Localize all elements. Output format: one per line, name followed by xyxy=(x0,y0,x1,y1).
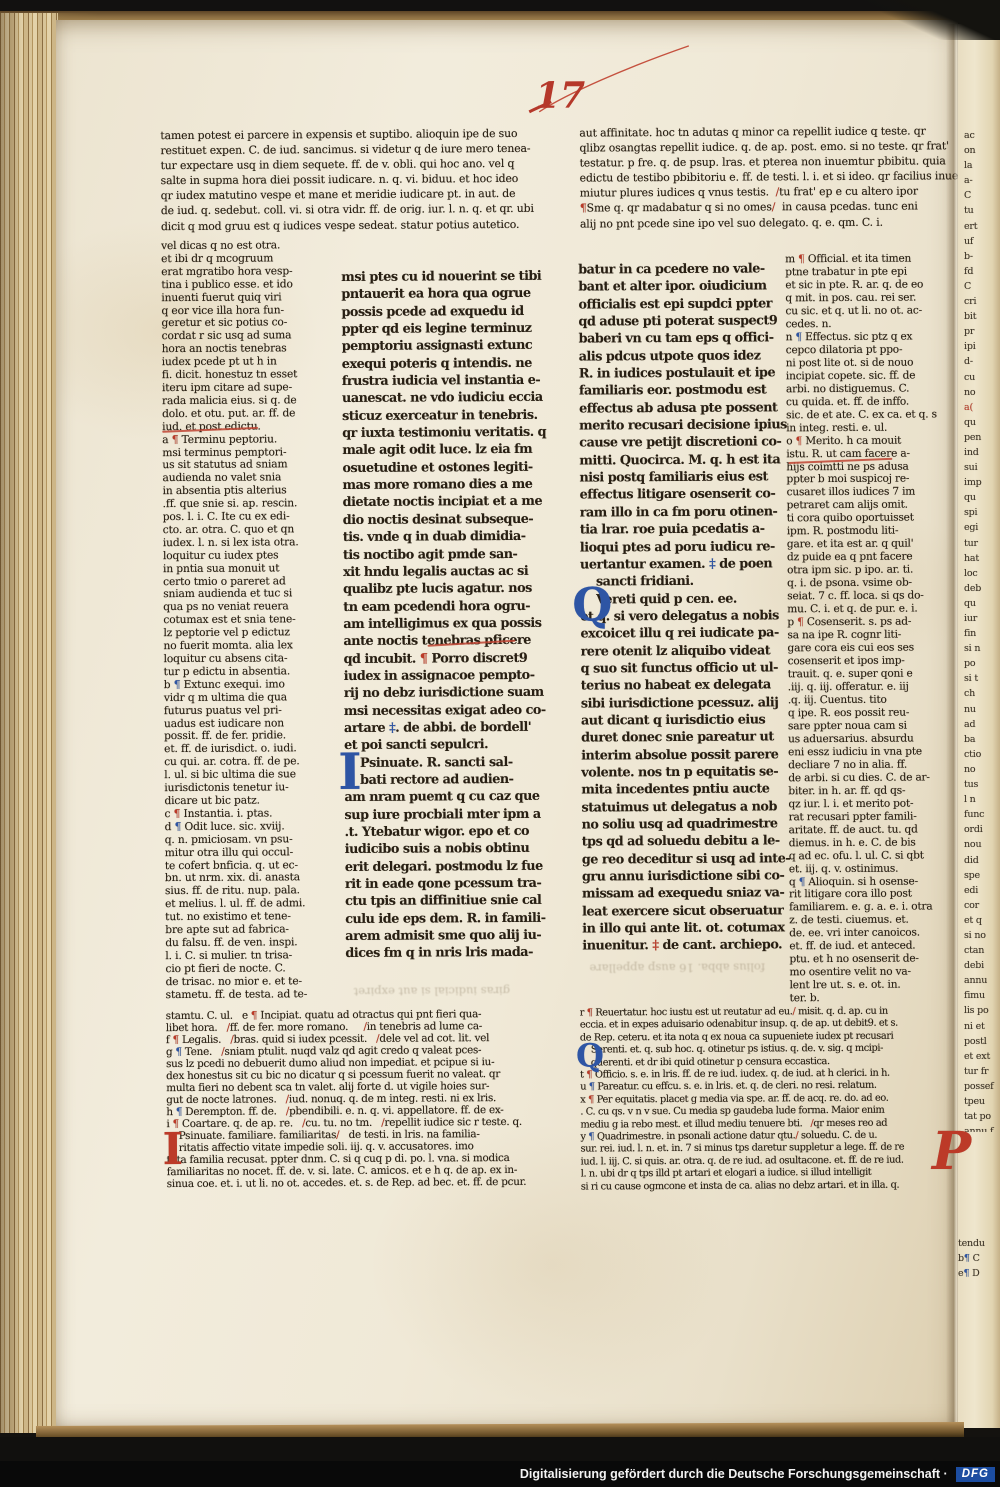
gloss-top-right: aut affinitate. hoc tn adutas q minor ca… xyxy=(579,123,940,231)
text-line: uertantur examen. ‡ de poen xyxy=(580,555,760,573)
page-content: 17 tamen potest ei parcere in expensis e… xyxy=(52,17,963,1436)
text-line: et q xyxy=(964,913,1000,928)
text-line: dices fm q in nris lris mada- xyxy=(345,944,531,962)
text-line: n ¶ Effectus. sic ptz q ex xyxy=(786,330,938,344)
text-line: Psinuate. R. sancti sal- xyxy=(344,753,530,771)
text-line: mas more romano dies a me xyxy=(342,476,528,494)
text-line: b- xyxy=(964,249,1000,264)
text-line: alis pdcus utpote quos idez xyxy=(579,347,759,365)
text-line: imp xyxy=(964,475,1000,490)
text-line: tur fr xyxy=(964,1064,1000,1079)
text-line: pen xyxy=(964,430,1000,445)
text-line: cause vre petijt discretioni co- xyxy=(579,434,759,452)
text-line: mitur otra illu qui occul- xyxy=(165,846,337,860)
text-line: m ¶ Official. et ita timen xyxy=(785,252,937,266)
photo-top-right-corner xyxy=(850,0,1000,40)
text-line: rat recusari ppter famili- xyxy=(789,810,941,824)
text-line: pr xyxy=(964,324,1000,339)
text-line: uanescat. ne vdo iudiciu eccia xyxy=(342,389,528,407)
book-page: 17 tamen potest ei parcere in expensis e… xyxy=(56,20,958,1434)
text-line: culu ide eps dem. R. in famili- xyxy=(345,910,531,928)
text-line: R. in iudices postulauit et ipe xyxy=(579,365,759,383)
text-line: ¶Sme q. qr madabatur q si no omes∕ in ca… xyxy=(580,199,940,216)
text-line: q ¶ Alioquin. si h osense- xyxy=(789,875,941,889)
text-line: .q. iij. Cuentus. tito xyxy=(788,693,940,707)
text-line: egi xyxy=(964,520,1000,535)
text-line: de trisac. no mior e. et te- xyxy=(166,975,338,989)
text-line: leat exercere sicut obseruatur xyxy=(582,902,762,920)
text-line: ni et xyxy=(964,1019,1000,1034)
text-line: tps qd ad soluedu debitu a le- xyxy=(582,833,762,851)
text-line: cosenserit et ipos imp- xyxy=(788,654,940,668)
main-column-left: msi ptes cu id nouerint se tibipntauerit… xyxy=(341,268,531,963)
credit-text: Digitalisierung gefördert durch die Deut… xyxy=(520,1467,948,1481)
text-line: debi xyxy=(964,958,1000,973)
text-line: cu quida. et. ff. de inffo. xyxy=(786,395,938,409)
text-line: alij no pnt pcede sine ipo vel suo deleg… xyxy=(580,214,940,231)
text-line: aritate. ff. de auct. tu. qd xyxy=(789,823,941,837)
text-line: tendu xyxy=(958,1236,998,1251)
text-line: no soliu usq ad quadrimestre xyxy=(582,815,762,833)
text-line: ptne trabatur in pte epi xyxy=(785,265,937,279)
page-number: 17 xyxy=(507,41,707,122)
text-line: ind xyxy=(964,445,1000,460)
text-line: male agit odit luce. lz eia fm xyxy=(342,441,528,459)
page-number-text: 17 xyxy=(535,75,585,117)
initial-I-main-left: I xyxy=(338,747,362,797)
left-page-edges xyxy=(0,13,58,1433)
text-line: cu sic. et q. ut li. no ot. ac- xyxy=(785,304,937,318)
text-line: decliare 7 no in alia. ff. xyxy=(788,758,940,772)
text-line: e¶ D xyxy=(958,1266,998,1281)
text-line: fin xyxy=(964,626,1000,641)
gloss-bottom-right: r ¶ Reuertatur. hoc iustu est ut reutatu… xyxy=(580,1005,959,1193)
text-line: a ¶ Terminu peptoriu. xyxy=(162,433,334,447)
dfg-logo: DFG xyxy=(956,1467,995,1482)
text-line: deb xyxy=(964,581,1000,596)
text-line: duret donec snie pareatur ut xyxy=(581,729,761,747)
text-line: qd aduse pti poterat suspect9 xyxy=(578,312,758,330)
text-line: artare ‡. de abbi. de bordell' xyxy=(344,719,530,737)
text-line: lioqui ptes ad poru iudicu re- xyxy=(580,538,760,556)
text-line: sinua coe. et. i. ut li. no ot. accedes.… xyxy=(167,1176,587,1191)
text-line: mo osentire velit no va- xyxy=(789,966,941,980)
text-line: msi necessitas exigat adeo co- xyxy=(344,701,530,719)
text-line: dietate noctis incipiat et a me xyxy=(343,493,529,511)
text-line: mita incedentes pntiu aucte xyxy=(581,781,761,799)
text-line: postl xyxy=(964,1034,1000,1049)
text-line: on xyxy=(964,143,1000,158)
text-line: gru annu iurisdictione sibi co- xyxy=(582,867,762,885)
text-line: gare. et ita est ar. q quil' xyxy=(787,538,939,552)
text-line: nisi postq familiaris eius est xyxy=(579,469,759,487)
text-line: annu xyxy=(964,973,1000,988)
text-line: fd xyxy=(964,264,1000,279)
text-line: loc xyxy=(964,566,1000,581)
text-line: effectus litigare osenserit co- xyxy=(580,486,760,504)
text-line: func xyxy=(964,807,1000,822)
text-line: mitti. Quocirca. M. q. h est ita xyxy=(579,451,759,469)
text-line: erit delegari. postmodu lz fue xyxy=(345,858,531,876)
text-line: am nram puemt q cu caz que xyxy=(344,788,530,806)
text-line: qu xyxy=(964,490,1000,505)
text-line: diemus. in h. e. C. de bis xyxy=(789,836,941,850)
text-line: tu xyxy=(964,203,1000,218)
initial-P-fore-edge: P xyxy=(932,1126,971,1178)
text-line: tpeu xyxy=(964,1094,1000,1109)
text-line: ctio xyxy=(964,747,1000,762)
fore-edge-pages: aconlaa-Ctuertufb-fdCcribitpripid-cunoa(… xyxy=(958,24,1000,1428)
text-line: q ipe. R. eos possit reu- xyxy=(788,706,940,720)
text-line: did xyxy=(964,853,1000,868)
text-line: ctu tpis an diffinitiue snie cal xyxy=(345,892,531,910)
text-line: stametu. ff. de testa. ad te- xyxy=(166,988,338,1002)
text-line: .t. Ytebatur wigor. epo et co xyxy=(345,823,531,841)
text-line: pntauerit ea hora qua ogrue xyxy=(341,285,527,303)
text-line: otra ipm sic. p ipo. ar. ti. xyxy=(787,564,939,578)
text-line: cusaret illos iudices 7 im xyxy=(787,486,939,500)
text-line: cepco dilatoria pt ppo- xyxy=(786,343,938,357)
text-line: restituet expen. C. de iud. sancimus. si… xyxy=(160,141,578,159)
text-line: ipi xyxy=(964,339,1000,354)
text-line: tia lrar. roe puia pcedatis a- xyxy=(580,521,760,539)
text-line: et ext xyxy=(964,1049,1000,1064)
text-line: seiat. 7 c. ff. loca. si qs do- xyxy=(787,590,939,604)
text-line: ppter qd eis legine terminuz xyxy=(342,320,528,338)
text-line: effectus ab adusa pte possent xyxy=(579,399,759,417)
text-line: ert xyxy=(964,219,1000,234)
text-line: rit in eade qone pcessum tra- xyxy=(345,875,531,893)
text-line: ge reo deceditur si usq ad inte- xyxy=(582,850,762,868)
gloss-bottom-left: stamtu. C. ul. e ¶ Incipiat. quatu ad ot… xyxy=(166,1008,587,1191)
fore-edge-text-fragments: aconlaa-Ctuertufb-fdCcribitpripid-cunoa(… xyxy=(964,128,1000,1132)
text-line: ordi xyxy=(964,822,1000,837)
text-line: lent lre ut. s. e. ot. in. xyxy=(790,979,942,993)
text-line: cor xyxy=(964,898,1000,913)
text-line: et. iij. q. v. ostinimus. xyxy=(789,862,941,876)
text-line: q ad ec. ofu. l. ul. C. si qbt xyxy=(789,849,941,863)
text-line: lis po xyxy=(964,1003,1000,1018)
text-line: uf xyxy=(964,234,1000,249)
book-photo-background: 17 tamen potest ei parcere in expensis e… xyxy=(0,0,1000,1487)
text-line: mu. C. i. et q. de pur. e. i. xyxy=(787,603,939,617)
initial-Q-gloss-bottom: Q xyxy=(576,1039,604,1071)
text-line: batur in ca pcedere no vale- xyxy=(578,260,758,278)
text-line: us aduersarius. absurdu xyxy=(788,732,940,746)
text-line: o ¶ Merito. h ca mouit xyxy=(786,434,938,448)
text-line: in illo qui ante lit. ot. cotumax xyxy=(582,920,762,938)
text-line: nu xyxy=(964,702,1000,717)
text-line: qu xyxy=(964,596,1000,611)
text-line: qr iuxta testimoniu veritatis. q xyxy=(342,424,528,442)
text-line: possis pcede ad exquedu id xyxy=(341,303,527,321)
text-line: ram illo in ca fm poru otinen- xyxy=(580,503,760,521)
text-line: fimu xyxy=(964,988,1000,1003)
text-line: tur xyxy=(964,536,1000,551)
text-line: frustra iudicia vel instantia e- xyxy=(342,372,528,390)
gloss-column-right: m ¶ Official. et ita timenptne trabatur … xyxy=(785,252,942,1005)
text-line: ac xyxy=(964,128,1000,143)
text-line: futurus puatus vel pri- xyxy=(164,704,336,718)
text-line: C xyxy=(964,279,1000,294)
text-line: incipiat copete. sic. ff. de xyxy=(786,369,938,383)
text-line: am intelligimus ex qua possis xyxy=(343,615,529,633)
digitization-credit-bar: Digitalisierung gefördert durch die Deut… xyxy=(0,1461,1000,1487)
gloss-column-left: vel dicas q no est otra.et ibi dr q mcog… xyxy=(161,239,338,1002)
text-line: ti cora quibo oportuisset xyxy=(787,512,939,526)
text-line: iur xyxy=(964,611,1000,626)
gloss-top-left: tamen potest ei parcere in expensis et s… xyxy=(160,126,579,234)
text-line: arem admisit sme quo alij iu- xyxy=(345,927,531,945)
showthrough-text: giras iudicial si aut expiret xyxy=(354,984,511,999)
text-line: arbi. no distiguemus. C. xyxy=(786,382,938,396)
text-line: ba xyxy=(964,732,1000,747)
text-line: qu xyxy=(964,415,1000,430)
text-line: po xyxy=(964,656,1000,671)
text-line: dicit q mod gruu est q iudices vespe sed… xyxy=(161,216,579,234)
text-line: q suo sit functus officio ut ul- xyxy=(581,659,761,677)
initial-Q-main-right: Q xyxy=(572,581,612,627)
text-line: sup iure procbiali mter ipm a xyxy=(344,806,530,824)
text-line: dz puide ea q pnt facere xyxy=(787,551,939,565)
text-line: et sic in pte. R. ar. q. de eo xyxy=(785,278,937,292)
text-line: ch xyxy=(964,686,1000,701)
text-line: sic. de et ate. C. ex ca. et q. s xyxy=(786,408,938,422)
text-line: edi xyxy=(964,883,1000,898)
text-line: tus xyxy=(964,777,1000,792)
text-line: rij no debz iurisdictione suam xyxy=(344,684,530,702)
text-line: volente. nos tn p equitatis se- xyxy=(581,763,761,781)
text-line: bant et alter ipor. oiudicium xyxy=(578,278,758,296)
text-line: ipm. R. postmodu liti- xyxy=(787,525,939,539)
text-line: rit litigare cora illo post xyxy=(789,888,941,902)
text-line: familiaris eor. postmodu est xyxy=(579,382,759,400)
text-line: sticuz exerceatur in tenebris. xyxy=(342,407,528,425)
text-line: rere otenit lz aliquibo videat xyxy=(580,642,760,660)
text-line: z. de testi. ciuemus. et. xyxy=(789,914,941,928)
text-line: inuenitur. ‡ de cant. archiepo. xyxy=(582,937,762,955)
text-line: sa na ipe R. cognr liti- xyxy=(787,628,939,642)
text-line: tis. vnde q in duab dimidia- xyxy=(343,528,529,546)
text-line: bati rectore ad audien- xyxy=(344,771,530,789)
text-line: si ri cu cause ogmcone et insta de ca. a… xyxy=(581,1179,959,1194)
text-line: trauit. q. e. super qoni e xyxy=(788,667,940,681)
text-line: no xyxy=(964,385,1000,400)
text-line: qualibz pte lucis agatur. nos xyxy=(343,580,529,598)
text-line: a( xyxy=(964,400,1000,415)
text-line: si no xyxy=(964,928,1000,943)
text-line: statuimus ut delegatus a nob xyxy=(581,798,761,816)
text-line: merito recusari decisione ipius xyxy=(579,417,759,435)
text-line: baberi vn cu tam eps q offici- xyxy=(579,330,759,348)
text-line: spi xyxy=(964,505,1000,520)
text-line: exequi poteris q intendis. ne xyxy=(342,355,528,373)
text-line: et poi sancti sepulcri. xyxy=(344,736,530,754)
text-line: nou xyxy=(964,837,1000,852)
text-line: cri xyxy=(964,294,1000,309)
text-line: a- xyxy=(964,173,1000,188)
text-line: ctan xyxy=(964,943,1000,958)
text-line: sibi iurisdictione pcessuz. alij xyxy=(581,694,761,712)
text-line: possef xyxy=(964,1079,1000,1094)
text-line: iudex in assignacoe pempto- xyxy=(344,667,530,685)
text-line: cu xyxy=(964,370,1000,385)
text-line: familiarem. e. g. a. e. i. otra xyxy=(789,901,941,915)
text-line: sare ppter noua cam si xyxy=(788,719,940,733)
text-line: b¶ C xyxy=(958,1251,998,1266)
text-line: salte in supma hora diei possit iudicare… xyxy=(161,171,579,189)
text-line: sui xyxy=(964,460,1000,475)
text-line: iudicibo suis a nobis obtinu xyxy=(345,840,531,858)
text-line: de arbi. si cu dies. C. de ar- xyxy=(788,771,940,785)
text-line: osuetudine et ostones legiti- xyxy=(342,459,528,477)
text-line: petraret cam alijs omit. xyxy=(787,499,939,513)
text-line: ni post lite ot. si de nouo xyxy=(786,356,938,370)
initial-I-gloss-bottom: I xyxy=(162,1128,183,1172)
text-line: tn eam pcedendi hora ogru- xyxy=(343,597,529,615)
text-line: msi ptes cu id nouerint se tibi xyxy=(341,268,527,286)
text-line: p ¶ Cosenserit. s. ps ad- xyxy=(787,615,939,629)
text-line: eni essz iudiciu in vna pte xyxy=(788,745,940,759)
text-line: biter. in h. ar. ff. qd qs- xyxy=(788,784,940,798)
text-line: l n xyxy=(964,792,1000,807)
text-line: pemptoriu assignasti extunc xyxy=(342,337,528,355)
text-line: ad xyxy=(964,717,1000,732)
text-line: gare cora eis cui eos ses xyxy=(787,641,939,655)
text-line: interim absolue possit parere xyxy=(581,746,761,764)
text-line: dio noctis desinat subseque- xyxy=(343,511,529,529)
text-line: ptu. et h no osenserit de- xyxy=(789,953,941,967)
text-line: spe xyxy=(964,868,1000,883)
text-line: hat xyxy=(964,551,1000,566)
text-line: C xyxy=(964,188,1000,203)
text-line: d- xyxy=(964,354,1000,369)
text-line: qd incubit. ¶ Porro discret9 xyxy=(344,649,530,667)
text-line: tis noctibo agit pmde san- xyxy=(343,545,529,563)
text-line: la xyxy=(964,158,1000,173)
text-line: no xyxy=(964,762,1000,777)
text-line: aut dicant q iurisdictio eius xyxy=(581,711,761,729)
text-line: ppter b moi suspicoj re- xyxy=(786,473,938,487)
text-line: in pntia sua monuit ut xyxy=(163,562,335,576)
text-line: inuenti fuerut quiq viri xyxy=(161,291,333,305)
text-line: missam ad exequedu sniaz va- xyxy=(582,885,762,903)
text-line: et. ff. de iud. et anteced. xyxy=(789,940,941,954)
text-line: q. i. de psona. vsime ob- xyxy=(787,577,939,591)
text-line: in integ. resti. e. ul. xyxy=(786,421,938,435)
text-line: qz iur. l. i. et merito pot- xyxy=(788,797,940,811)
text-line: xit hndu legalis auctas ac si xyxy=(343,563,529,581)
fore-edge-text-fragments-bottom: tendub¶ Ce¶ D xyxy=(958,1236,998,1281)
text-line: .iij. q. iij. offeratur. e. iij xyxy=(788,680,940,694)
text-line: ter. b. xyxy=(790,992,942,1006)
text-line: si t xyxy=(964,671,1000,686)
text-line: de. ee. vri inter canoicos. xyxy=(789,927,941,941)
text-line: si n xyxy=(964,641,1000,656)
text-line: terius no habeat ex delegata xyxy=(581,677,761,695)
text-line: q mit. in pos. cau. rei ser. xyxy=(785,291,937,305)
text-line: officialis est epi supdci ppter xyxy=(578,295,758,313)
text-line: bit xyxy=(964,309,1000,324)
text-line: cedes. n. xyxy=(786,317,938,331)
showthrough-text: folius abba. 16 ausp appellare xyxy=(589,960,765,975)
